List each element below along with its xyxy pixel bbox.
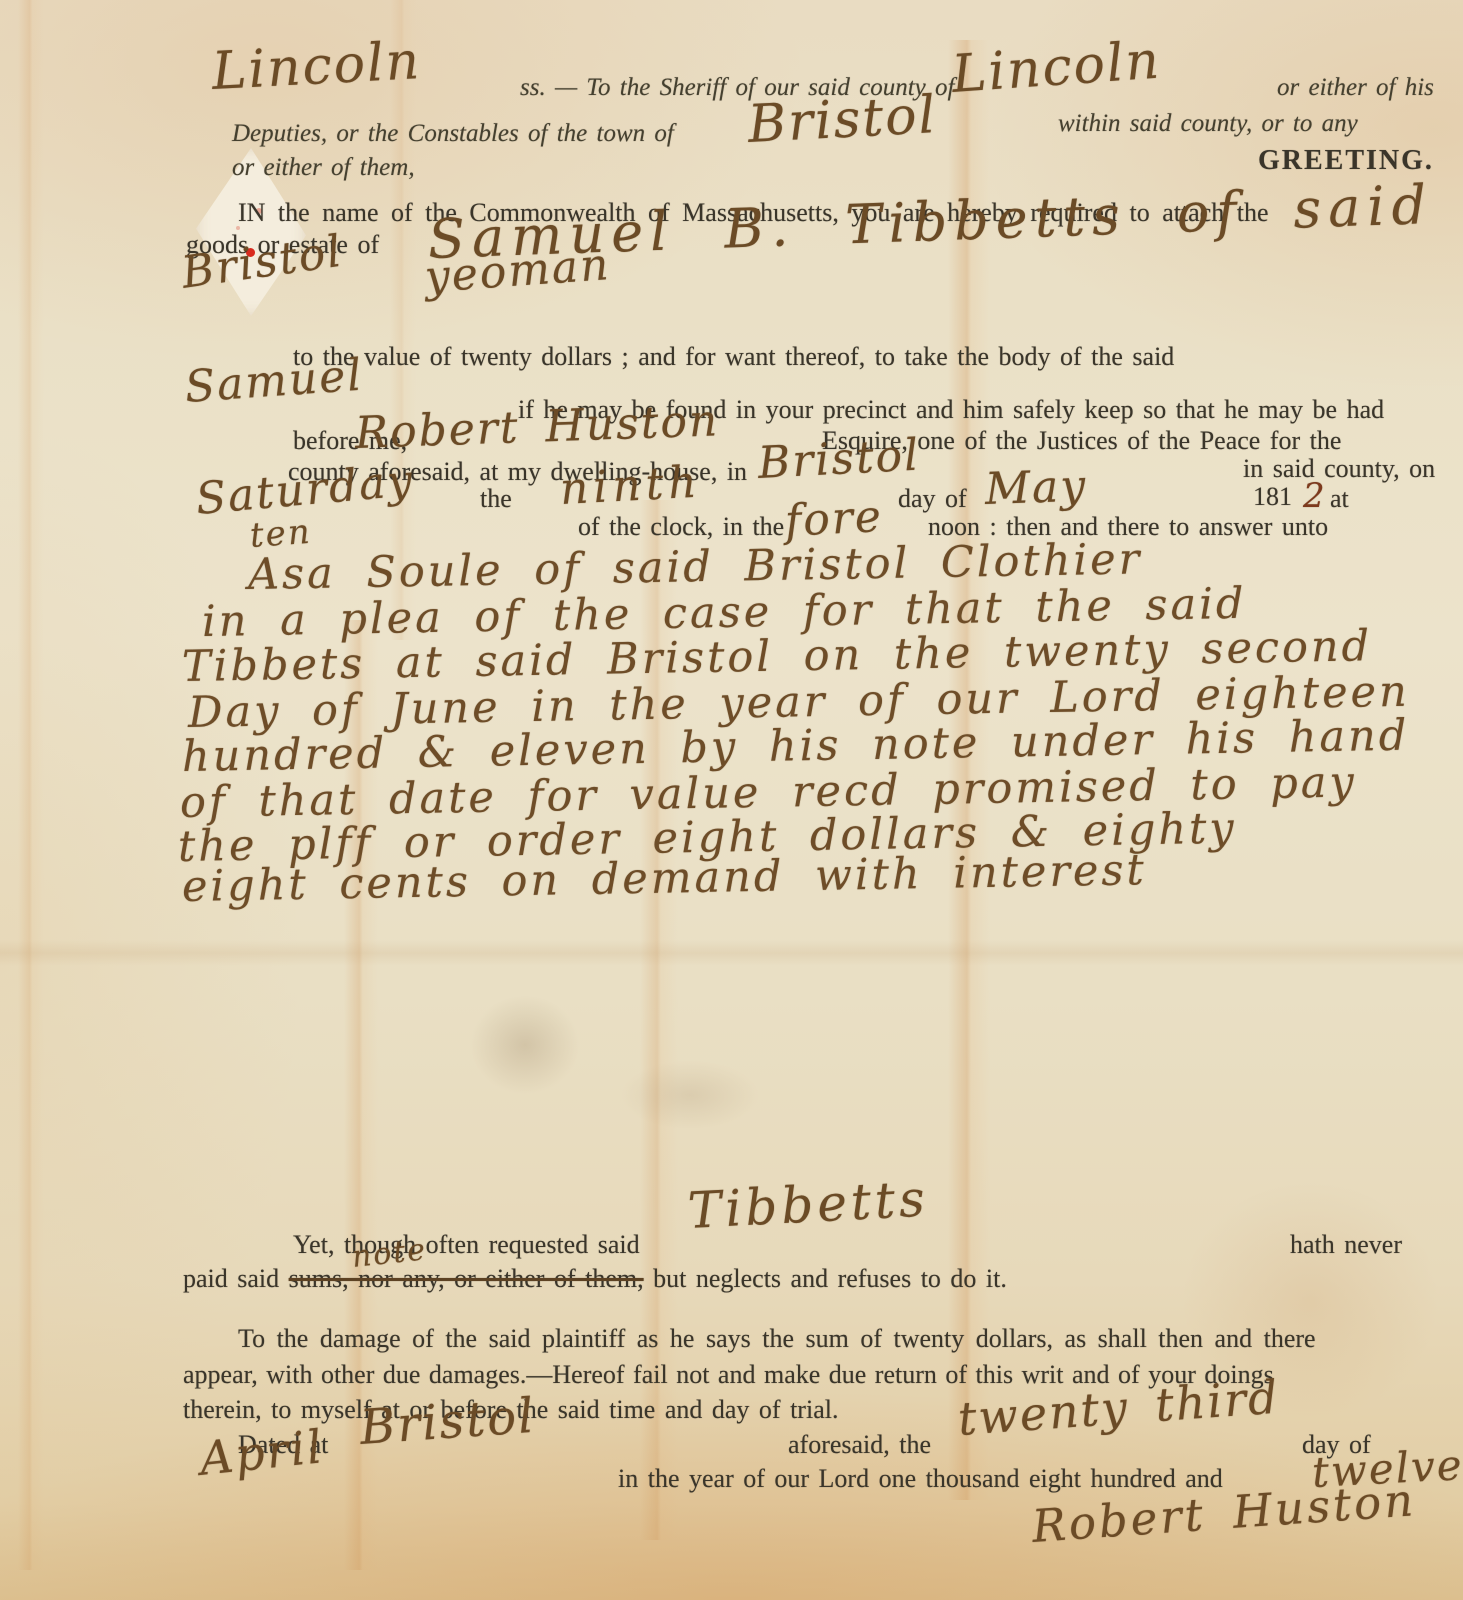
struck-printed-text: sums, nor any, or either of them, bbox=[289, 1264, 644, 1293]
clock-printed-line: of the clock, in the bbox=[578, 510, 784, 544]
value-printed-line: to the value of twenty dollars ; and for… bbox=[293, 340, 1174, 374]
scanned-document: Lincoln ss. — To the Sheriff of our said… bbox=[0, 0, 1463, 1600]
dwelling-town-handwritten: Bristol bbox=[757, 430, 922, 489]
hath-never-printed: hath never bbox=[1290, 1228, 1402, 1262]
county-handwritten-left: Lincoln bbox=[210, 31, 422, 102]
deputies-printed-line: Deputies, or the Constables of the town … bbox=[232, 118, 674, 151]
paid-said-printed-line: paid said sums, nor any, or either of th… bbox=[183, 1262, 1007, 1296]
paid-said-printed: paid said bbox=[183, 1264, 279, 1293]
yet-printed-line: Yet, though often requested said bbox=[293, 1228, 640, 1262]
at-printed: at bbox=[1330, 482, 1349, 516]
date-day-handwritten: ninth bbox=[559, 457, 703, 515]
either-his-printed: or either of his bbox=[1277, 72, 1434, 105]
the-printed: the bbox=[480, 482, 512, 516]
within-county-printed: within said county, or to any bbox=[1058, 108, 1358, 141]
either-them-printed: or either of them, bbox=[232, 152, 415, 185]
neglects-printed: but neglects and refuses to do it. bbox=[653, 1264, 1007, 1293]
town-handwritten: Bristol bbox=[746, 85, 938, 155]
month-handwritten: May bbox=[984, 460, 1088, 515]
year-printed-line: in the year of our Lord one thousand eig… bbox=[618, 1462, 1223, 1496]
year-printed: 181 bbox=[1253, 480, 1292, 514]
damage-printed-line-1: To the damage of the said plaintiff as h… bbox=[238, 1322, 1316, 1356]
aforesaid-printed: aforesaid, the bbox=[788, 1428, 931, 1462]
